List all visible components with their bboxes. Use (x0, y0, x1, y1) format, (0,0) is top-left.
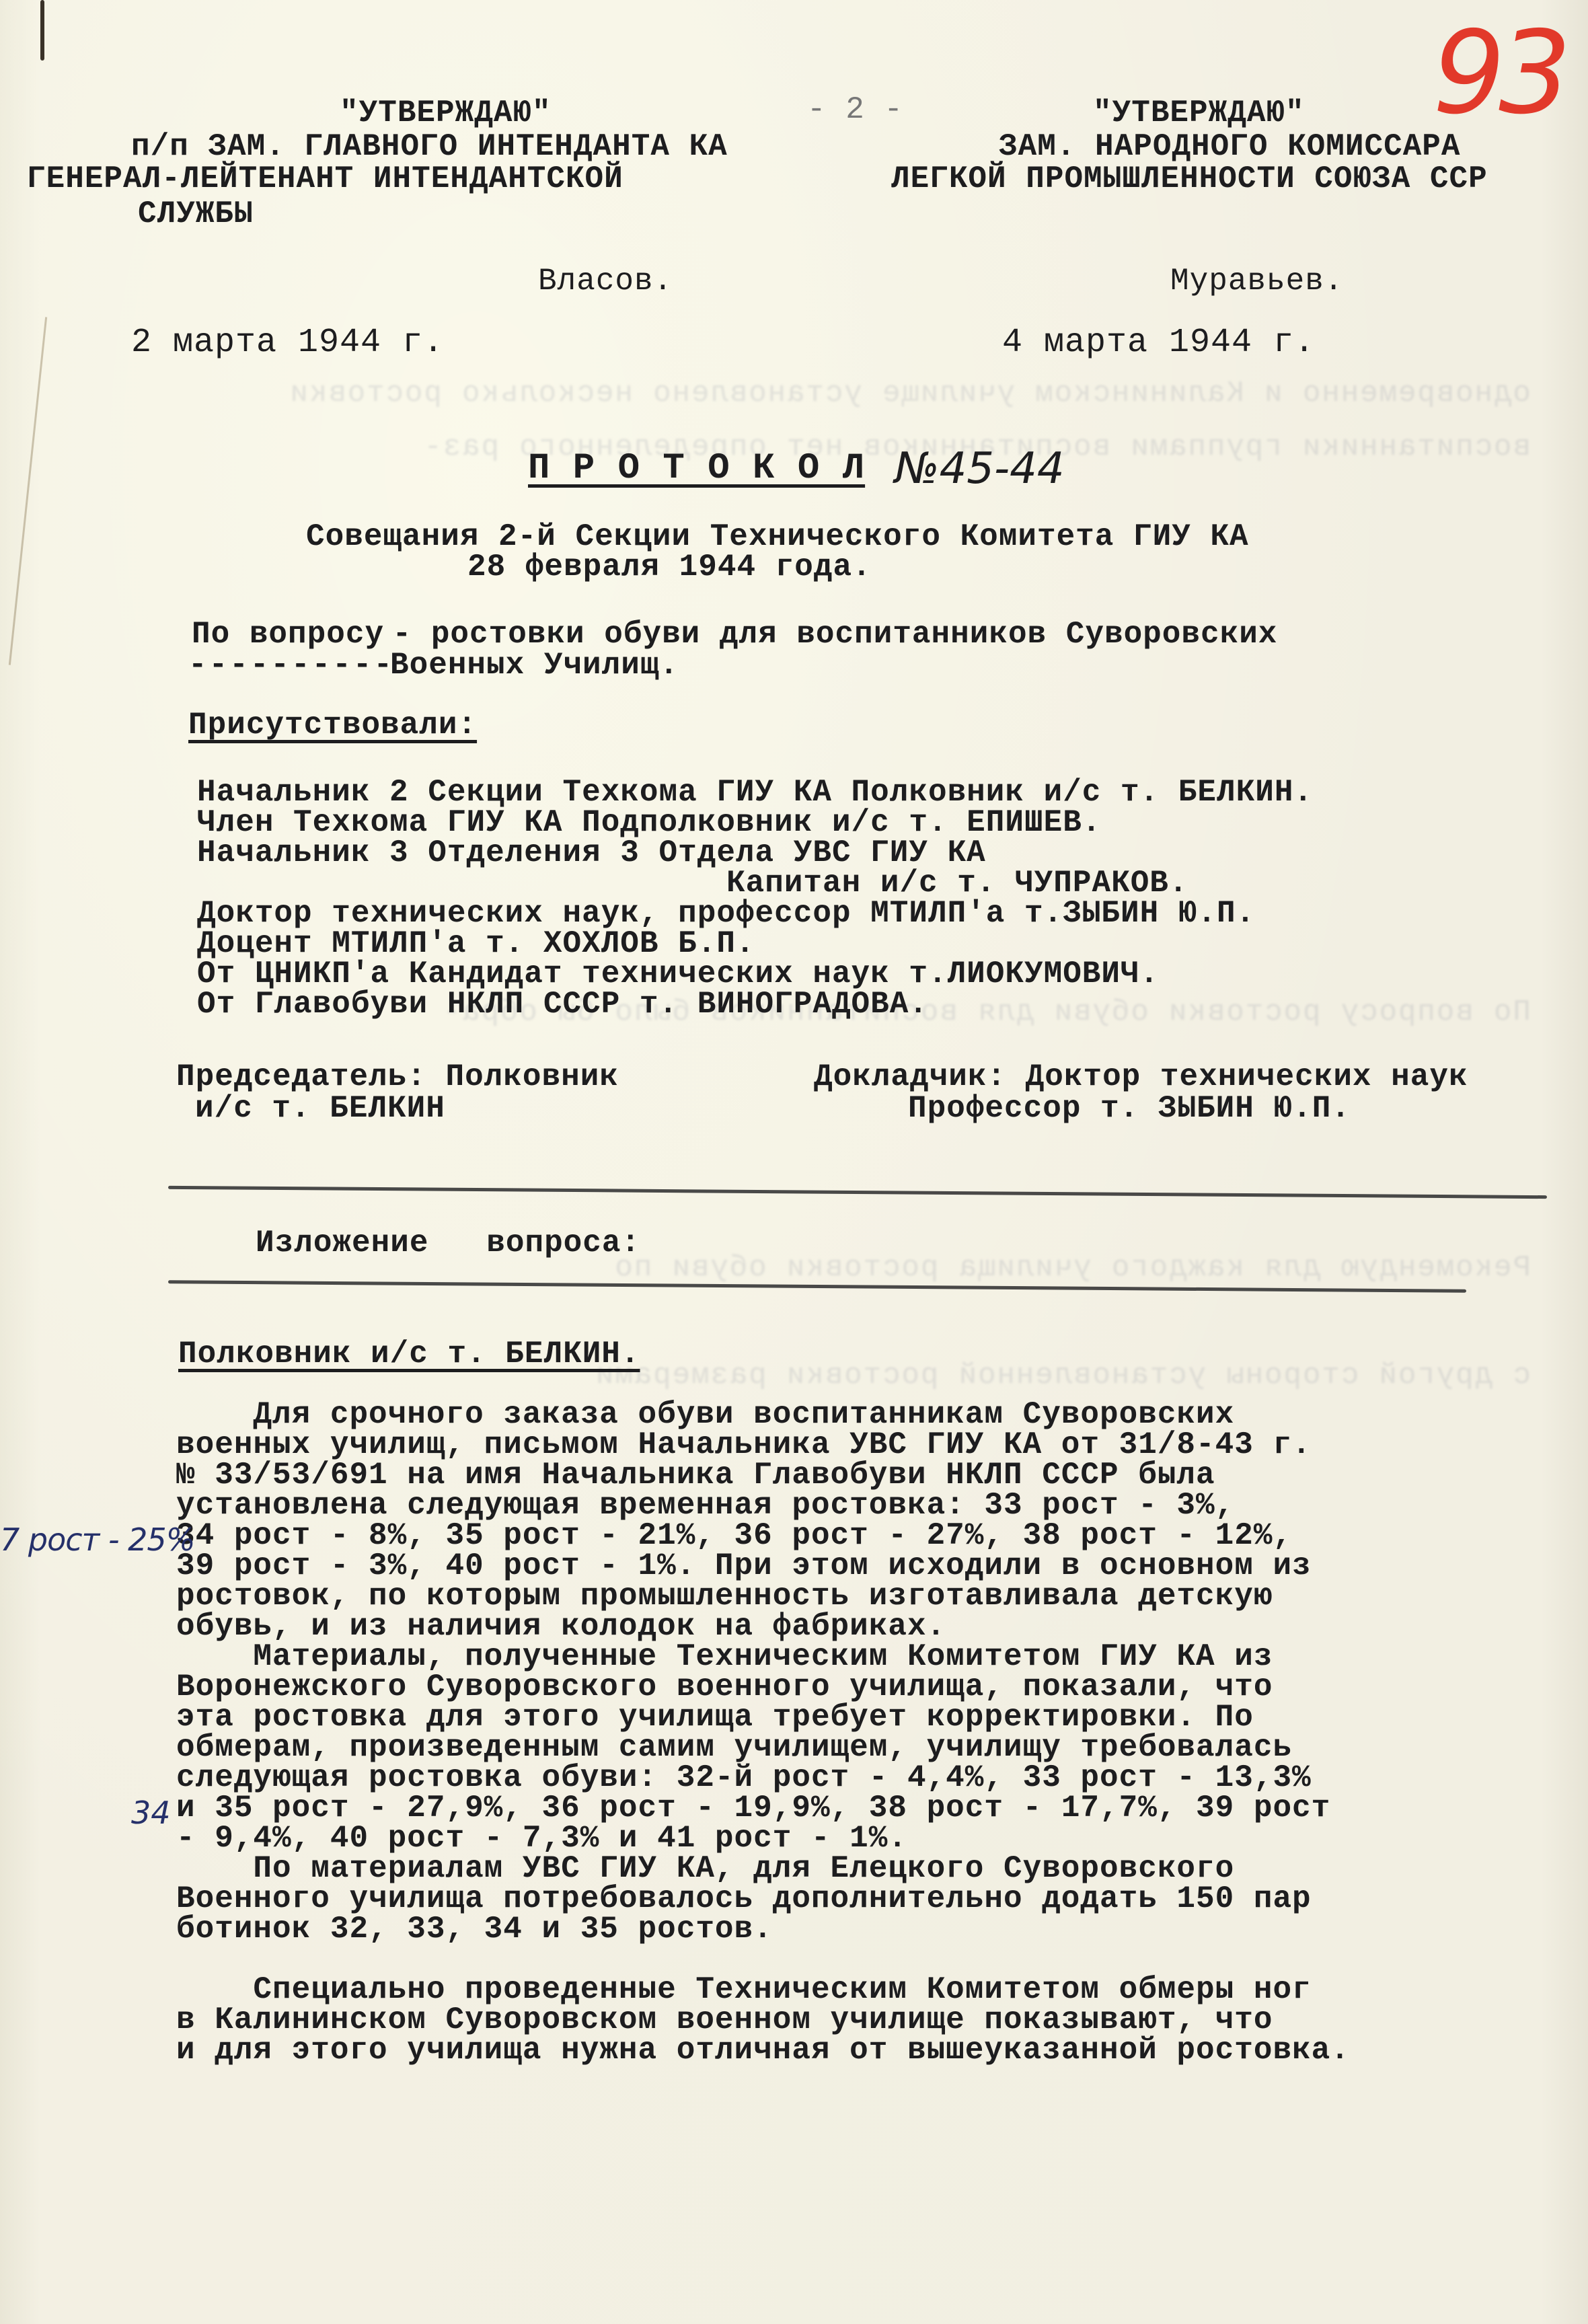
body-line: Для срочного заказа обуви воспитанникам … (176, 1399, 1234, 1430)
paper-fold (9, 317, 47, 665)
attendee-line: Начальник 3 Отделения 3 Отдела УВС ГИУ К… (197, 837, 986, 868)
chair-label: Председатель: Полковник (176, 1061, 619, 1092)
speaker-label: Докладчик: Доктор технических наук (814, 1061, 1468, 1092)
body-line: ботинок 32, 33, 34 и 35 ростов. (176, 1914, 773, 1945)
approval-date: 4 марта 1944 г. (1002, 326, 1315, 360)
speaker-name: Профессор т. ЗЫБИН Ю.П. (908, 1093, 1351, 1124)
section-divider (168, 1186, 1547, 1199)
meeting-description: Совещания 2-й Секции Технического Комите… (306, 521, 1249, 552)
body-line: Военного училища потребовалось дополните… (176, 1883, 1312, 1914)
show-through-text: Рекомендую для каждого училища ростовки … (0, 1251, 1588, 1285)
body-line: № 33/53/691 на имя Начальника Главобуви … (176, 1460, 1215, 1491)
approval-rank-cont: СЛУЖБЫ (138, 198, 254, 229)
subject-text: - ростовки обуви для воспитанников Сувор… (373, 619, 1277, 650)
margin-note: 7 рост - 25% (0, 1522, 194, 1558)
body-line: эта ростовка для этого училища требует к… (176, 1702, 1254, 1733)
body-line: военных училищ, письмом Начальника УВС Г… (176, 1429, 1312, 1460)
body-line: 34 рост - 8%, 35 рост - 21%, 36 рост - 2… (176, 1520, 1292, 1551)
approval-date: 2 марта 1944 г. (131, 326, 444, 360)
approval-signature: Власов. (538, 266, 673, 297)
body-line: ростовок, по которым промышленность изго… (176, 1581, 1273, 1612)
body-line: и 35 рост - 27,9%, 36 рост - 19,9%, 38 р… (176, 1793, 1330, 1824)
attendee-line: Капитан и/с т. ЧУПРАКОВ. (726, 868, 1188, 899)
attendee-line: От ЦНИКП'а Кандидат технических наук т.Л… (197, 959, 1159, 989)
approval-signature: Муравьев. (1170, 266, 1343, 297)
section-divider (168, 1280, 1466, 1292)
sheet-marker: - 2 - (807, 94, 903, 125)
approval-title: ЗАМ. НАРОДНОГО КОМИССАРА (999, 131, 1461, 162)
body-line: Материалы, полученные Техническим Комите… (176, 1641, 1273, 1672)
speaker-heading: Полковник и/с т. БЕЛКИН. (178, 1339, 640, 1370)
section-heading: Изложение вопроса: (256, 1228, 640, 1259)
body-line: следующая ростовка обуви: 32-й рост - 4,… (176, 1762, 1312, 1793)
body-line: установлена следующая временная ростовка… (176, 1490, 1234, 1521)
body-line: - 9,4%, 40 рост - 7,3% и 41 рост - 1%. (176, 1823, 907, 1854)
closing-line: в Калининском Суворовском военном училищ… (176, 2004, 1273, 2035)
attendee-line: От Главобуви НКЛП СССР т. ВИНОГРАДОВА. (197, 989, 928, 1020)
attendee-line: Начальник 2 Секции Техкома ГИУ КА Полков… (197, 777, 1313, 808)
body-line: обувь, и из наличия колодок на фабриках. (176, 1611, 946, 1642)
binding-mark (40, 0, 44, 61)
document-page: одновременно и Калининском училище устан… (0, 0, 1588, 2324)
meeting-date: 28 февраля 1944 года. (467, 552, 872, 583)
attendee-line: Доктор технических наук, профессор МТИЛП… (197, 898, 1255, 929)
subject-label: По вопросу (192, 619, 384, 650)
show-through-text: одновременно и Калининском училище устан… (0, 377, 1588, 410)
body-line: Воронежского Суворовского военного учили… (176, 1672, 1273, 1702)
approval-rank: ГЕНЕРАЛ-ЛЕЙТЕНАНТ ИНТЕНДАНТСКОЙ (27, 163, 623, 194)
body-line: 39 рост - 3%, 40 рост - 1%. При этом исх… (176, 1550, 1312, 1581)
protocol-number: №45-44 (895, 444, 1065, 494)
document-title: П Р О Т О К О Л (528, 451, 865, 487)
approval-title: п/п ЗАМ. ГЛАВНОГО ИНТЕНДАНТА КА (131, 131, 728, 162)
attendees-heading: Присутствовали: (188, 710, 477, 741)
attendee-line: Член Техкома ГИУ КА Подполковник и/с т. … (197, 807, 1101, 838)
subject-text-cont: Военных Училищ. (390, 650, 679, 681)
page-number: 93 (1433, 7, 1564, 140)
body-line: По материалам УВС ГИУ КА, для Елецкого С… (176, 1853, 1234, 1884)
approval-stamp: "УТВЕРЖДАЮ" (1093, 98, 1305, 128)
approval-org: ЛЕГКОЙ ПРОМЫШЛЕННОСТИ СОЮЗА ССР (891, 163, 1488, 194)
margin-note: 34 (131, 1795, 171, 1831)
approval-stamp: "УТВЕРЖДАЮ" (340, 98, 552, 128)
subject-underline: ---------- (188, 650, 394, 681)
body-line: обмерам, произведенным самим училищем, у… (176, 1732, 1292, 1763)
closing-line: и для этого училища нужна отличная от вы… (176, 2035, 1350, 2066)
attendee-line: Доцент МТИЛП'а т. ХОХЛОВ Б.П. (197, 928, 755, 959)
chair-name: и/с т. БЕЛКИН (195, 1093, 445, 1124)
closing-line: Специально проведенные Техническим Комит… (176, 1974, 1312, 2005)
